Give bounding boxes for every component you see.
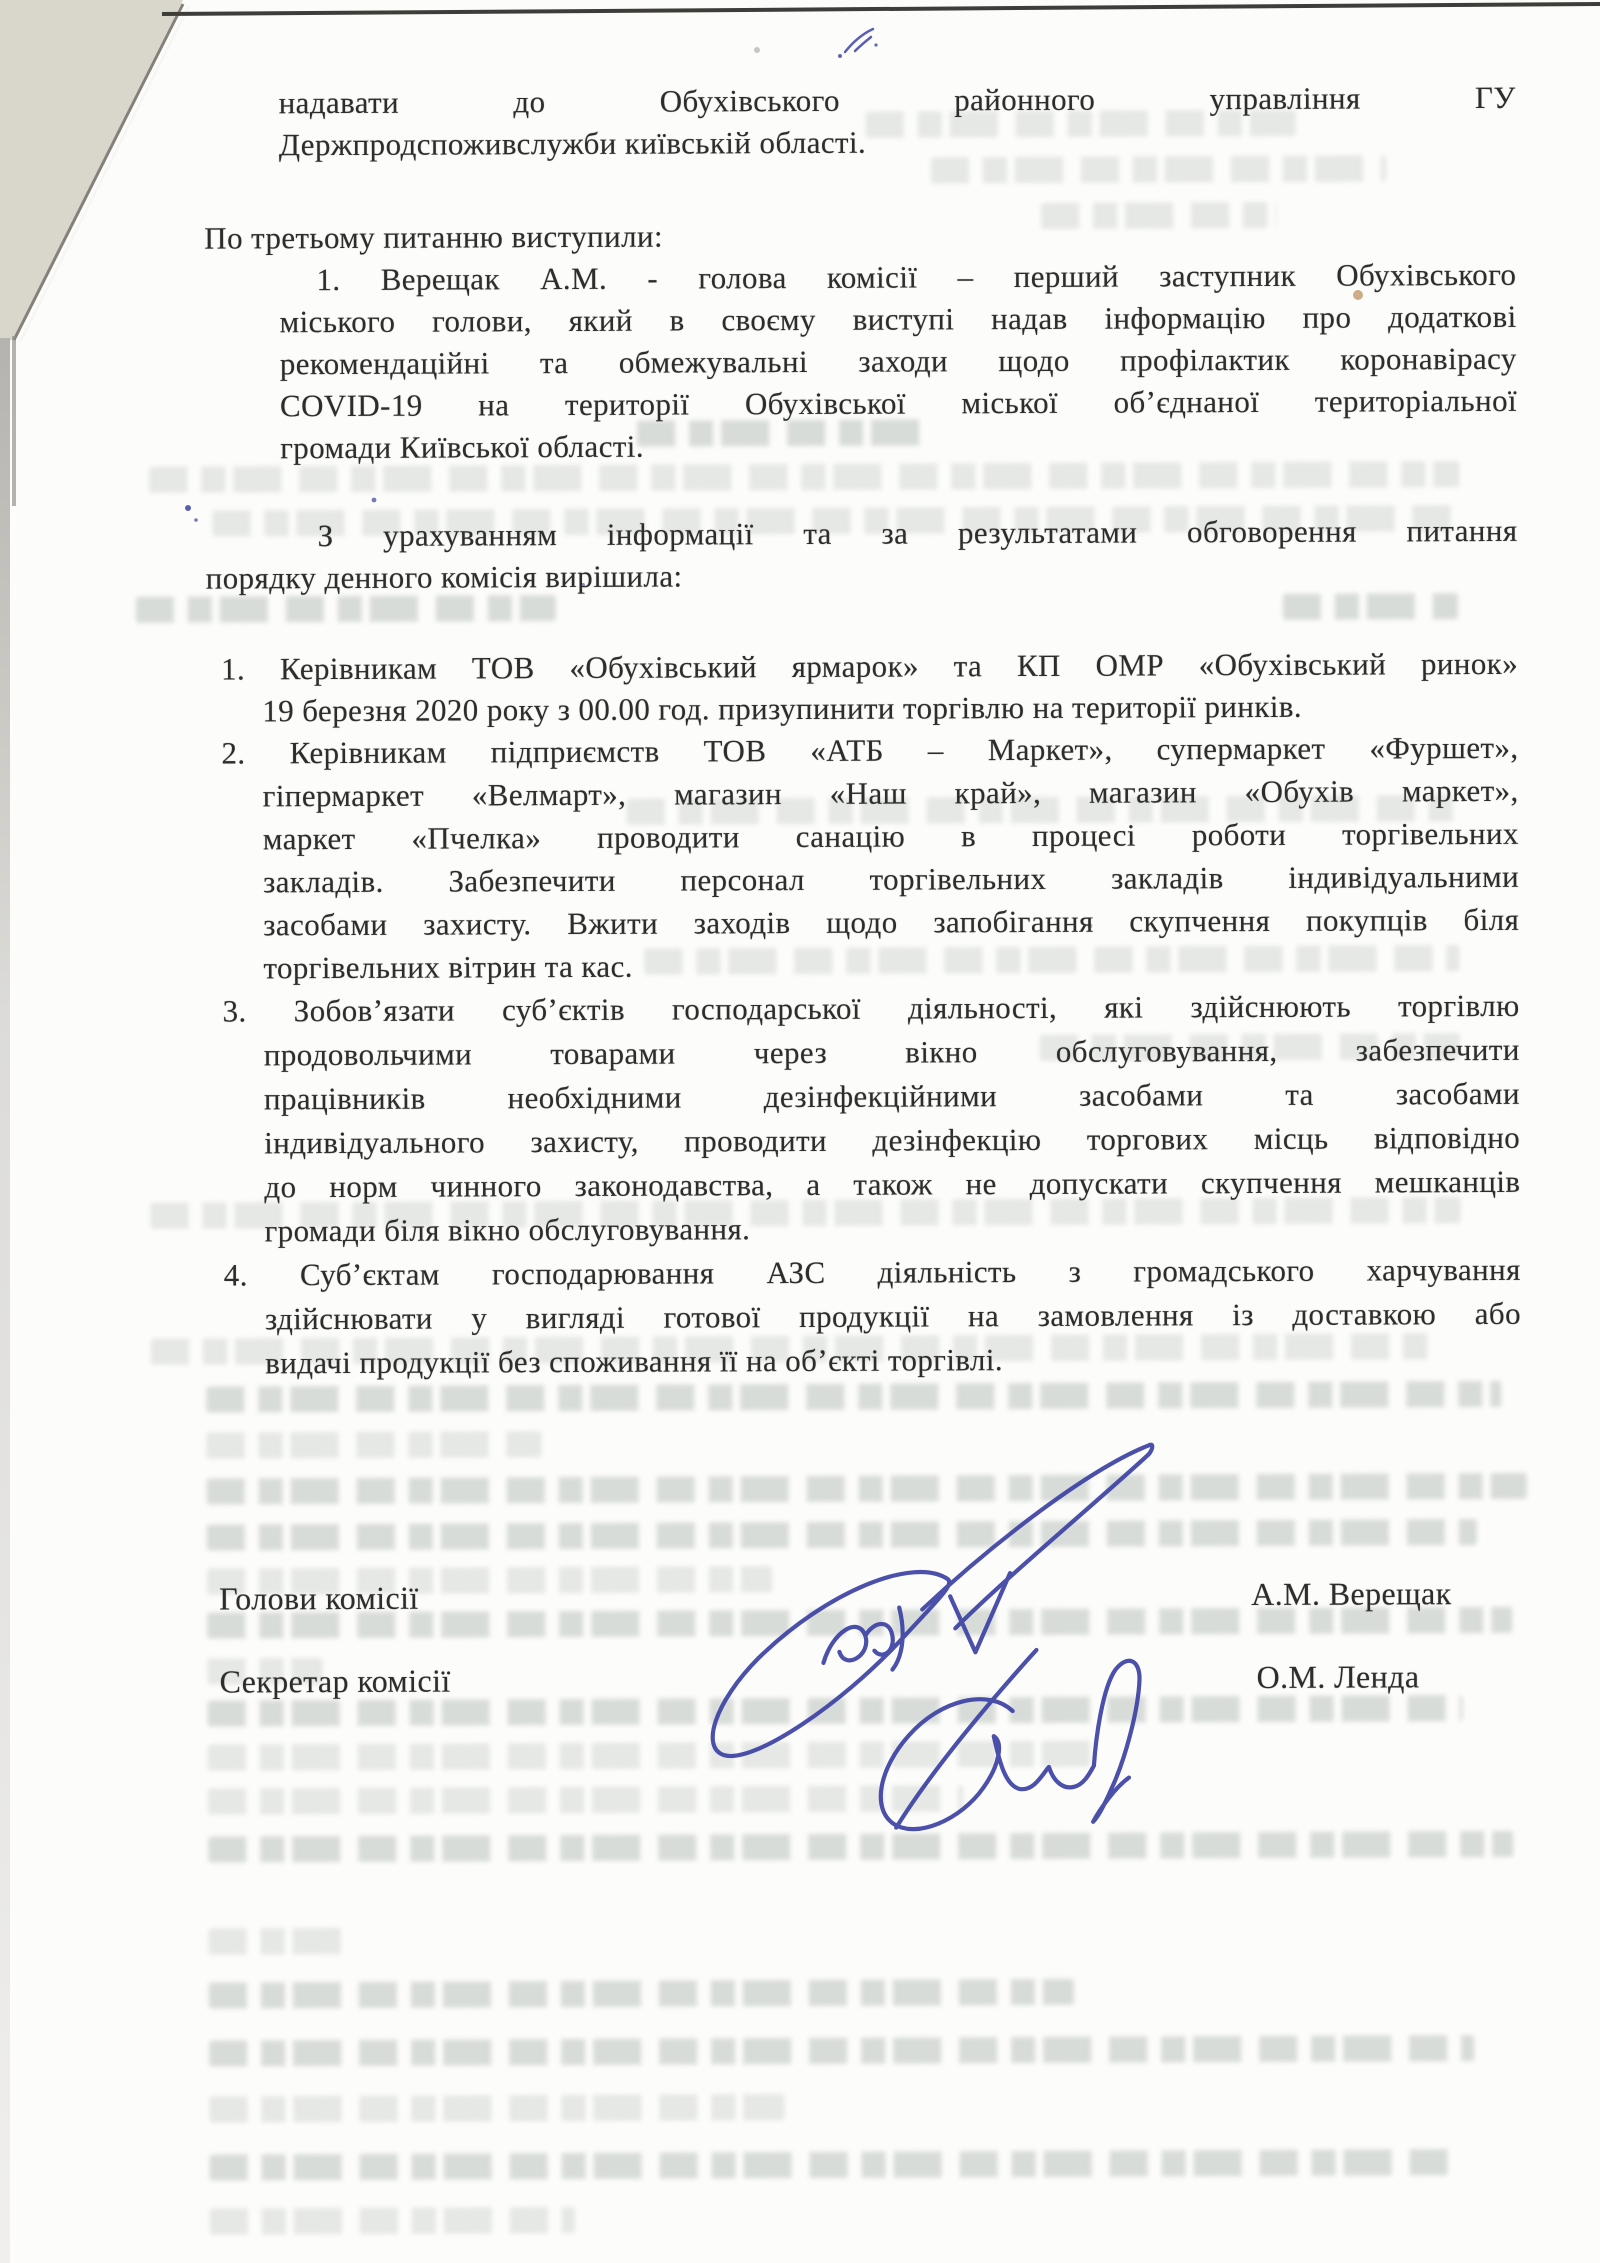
bleedthrough-text-line <box>206 1431 541 1458</box>
document-content: надавати до Обухівського районного управ… <box>0 0 1600 2263</box>
text-line: продовольчими товарами через вікно обслу… <box>264 1028 1520 1077</box>
text-line: громади біля вікно обслуговування. <box>264 1204 1520 1253</box>
text-line: індивідуального захисту, проводити дезін… <box>264 1116 1520 1165</box>
text-line: маркет «Пчелка» проводити санацію в проц… <box>263 812 1519 861</box>
bleedthrough-text-line <box>209 2094 784 2123</box>
bleedthrough-text-line <box>208 1785 963 1814</box>
text-line: торгівельних вітрин та кас. <box>263 941 1519 990</box>
bleedthrough-text-line <box>1283 593 1458 620</box>
text-line: працівників необхідними дезінфекційними … <box>264 1072 1520 1121</box>
text-line: порядку денного комісія вирішила: <box>206 551 1518 601</box>
text-line: здійснювати у вигляді готової продукції … <box>265 1292 1521 1341</box>
text-line: засобами захисту. Вжити заходів щодо зап… <box>263 898 1519 947</box>
bleedthrough-text-line <box>207 1473 1527 1505</box>
bleedthrough-text-line <box>209 1928 344 1955</box>
text-line: 4. Суб’єктам господарювання АЗС діяльніс… <box>224 1248 1521 1298</box>
commission-secretary-name: О.М. Ленда <box>1256 1654 1419 1699</box>
bleedthrough-text-line <box>210 2207 575 2235</box>
bleedthrough-text-line <box>206 1381 1501 1413</box>
document-text-layer: надавати до Обухівського районного управ… <box>0 0 1595 4</box>
bleedthrough-text-line <box>210 2149 1455 2180</box>
text-line: 2. Керівникам підприємств ТОВ «АТБ – Мар… <box>221 726 1518 776</box>
scanned-document-page: надавати до Обухівського районного управ… <box>0 0 1600 2263</box>
bleedthrough-text-line <box>208 1741 1093 1771</box>
bleedthrough-text-line <box>208 1831 1513 1863</box>
commission-head-label: Голови комісії <box>219 1576 419 1621</box>
bleedthrough-text-line <box>209 1979 1074 2009</box>
bleedthrough-text-line <box>207 1519 1477 1551</box>
text-line: до норм чинного законодавства, а також н… <box>264 1160 1520 1209</box>
text-line: Держпродспоживслужби київській області. <box>279 118 1516 167</box>
text-line: видачі продукції без споживання її на об… <box>265 1336 1521 1385</box>
commission-secretary-label: Секретар комісії <box>219 1659 450 1704</box>
text-line: закладів. Забезпечити персонал торгівель… <box>263 855 1519 904</box>
bleedthrough-layer <box>0 0 1595 4</box>
text-line: громади Київської області. <box>280 421 1517 470</box>
text-line: гіпермаркет «Велмарт», магазин «Наш край… <box>263 769 1519 818</box>
commission-head-name: А.М. Верещак <box>1251 1571 1452 1616</box>
text-line: 3. Зобов’язати суб’єктів господарської д… <box>223 984 1520 1034</box>
bleedthrough-text-line <box>209 2035 1474 2067</box>
